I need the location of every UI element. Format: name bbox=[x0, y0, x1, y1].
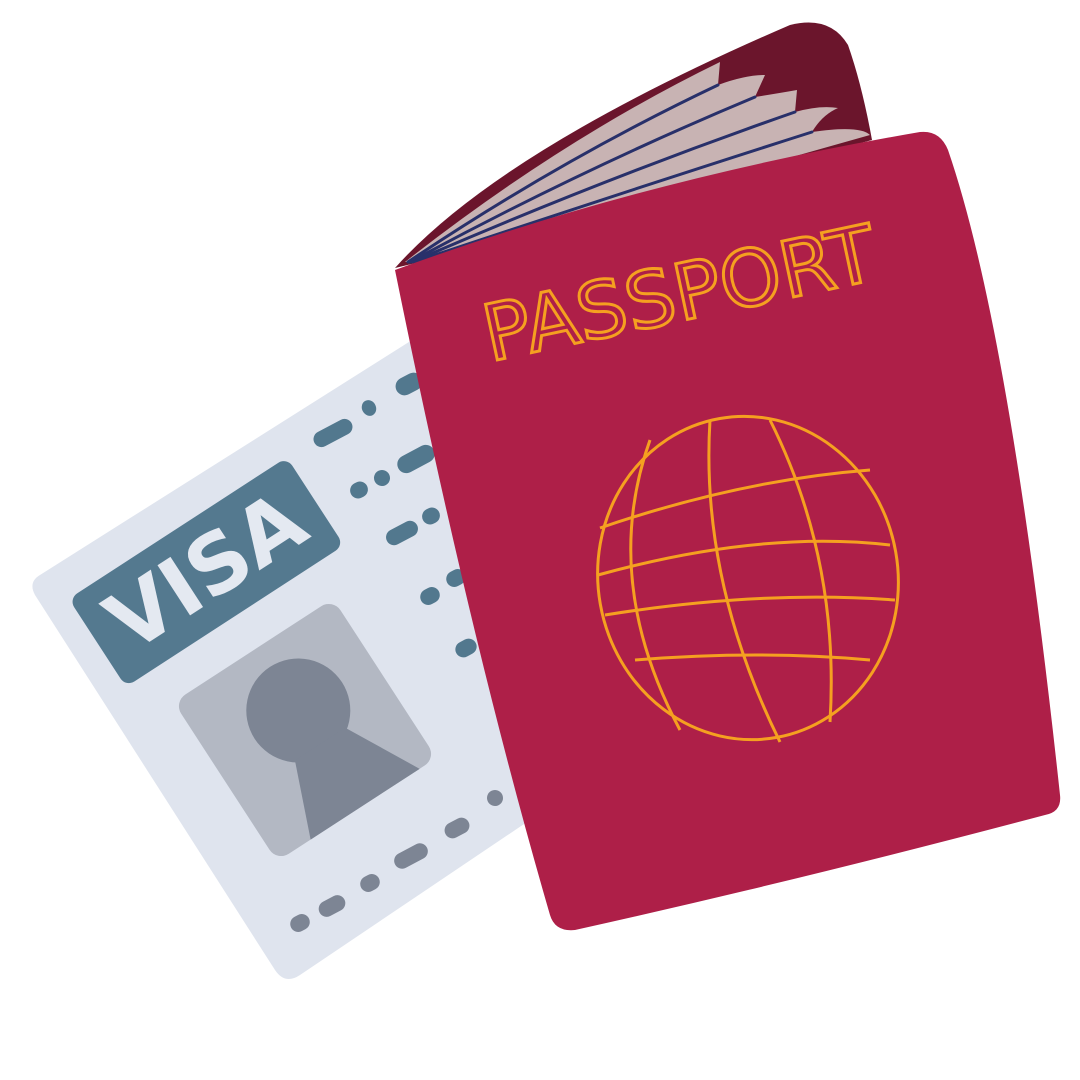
passport-visa-illustration: VISA bbox=[0, 0, 1080, 1080]
